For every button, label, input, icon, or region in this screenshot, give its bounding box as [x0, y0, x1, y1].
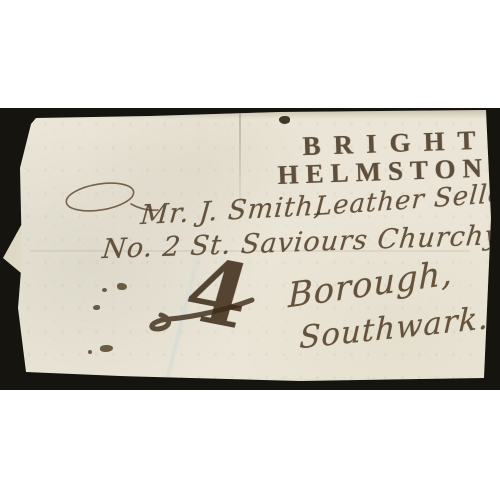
seal-remnant-spot: [279, 116, 290, 124]
ink-stain-speck: [102, 288, 107, 292]
ink-stain-speck: [88, 350, 92, 354]
address-recipient: Mr. J. Smith,: [139, 190, 325, 231]
folded-letter-cover: BRIGHT HELMSTONE Mr. J. Smith, Leather S…: [0, 108, 500, 390]
photo-background: BRIGHT HELMSTONE Mr. J. Smith, Leather S…: [0, 108, 500, 390]
ink-stain-speck: [100, 345, 113, 352]
ink-stain-speck: [117, 283, 127, 290]
ink-stain-speck: [93, 305, 100, 310]
manuscript-rate-mark: 4: [185, 246, 252, 341]
postmark-bright-helmstone: BRIGHT HELMSTONE: [276, 126, 500, 189]
